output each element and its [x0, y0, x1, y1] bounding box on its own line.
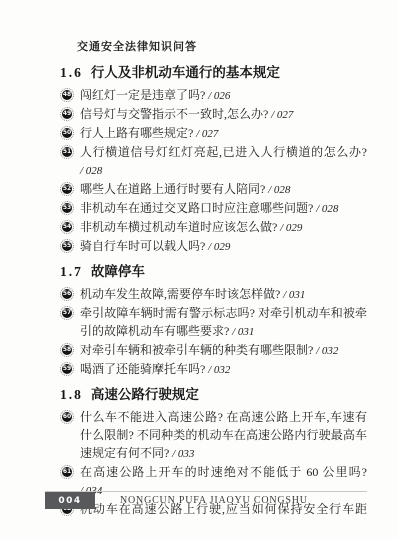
question-text: 骑自行车时可以载人吗? / 029 — [80, 237, 367, 256]
question-string: 机动车发生故障,需要停车时该怎样做? — [80, 287, 280, 301]
page-ref: / 026 — [205, 90, 230, 102]
question-number: 58 — [62, 345, 72, 355]
question-number-badge: 50 — [60, 126, 74, 140]
question-number-badge: 57 — [60, 306, 74, 320]
question-number: 53 — [62, 203, 72, 213]
question-text: 非机动车横过机动车道时应该怎么做? / 029 — [80, 218, 367, 237]
question-text: 什么车不能进入高速公路? 在高速公路上开车,车速有什么限制? 不同种类的机动车在… — [80, 408, 367, 463]
question-number-badge: 52 — [60, 182, 74, 196]
question-number-badge: 60 — [60, 410, 74, 424]
question-number: 54 — [62, 222, 72, 232]
question-string: 闯红灯一定是违章了吗? — [80, 88, 205, 102]
page-ref: / 029 — [205, 241, 230, 253]
section-title: 高速公路行驶规定 — [91, 386, 199, 404]
question-text: 行人上路有哪些规定? / 027 — [80, 124, 367, 143]
section-number: 1.6 — [60, 64, 83, 82]
toc-item: 55骑自行车时可以载人吗? / 029 — [60, 237, 367, 256]
question-string: 信号灯与交警指示不一致时,怎么办? — [80, 107, 268, 121]
question-number-badge: 55 — [60, 239, 74, 253]
question-text: 信号灯与交警指示不一致时,怎么办? / 027 — [80, 105, 367, 124]
section-heading: 1.6行人及非机动车通行的基本规定 — [60, 64, 367, 82]
question-text: 牵引故障车辆时需有警示标志吗? 对牵引机动车和被牵引的故障机动车有哪些要求? /… — [80, 304, 367, 341]
question-string: 哪些人在道路上通行时要有人陪同? — [80, 182, 265, 196]
book-page: 交通安全法律知识问答 1.6行人及非机动车通行的基本规定48闯红灯一定是违章了吗… — [0, 0, 397, 539]
question-number-badge: 58 — [60, 343, 74, 357]
page-ref: / 033 — [169, 448, 194, 460]
question-string: 对牵引车辆和被牵引车辆的种类有哪些限制? — [80, 343, 313, 357]
question-text: 喝酒了还能骑摩托车吗? / 032 — [80, 360, 367, 379]
page-ref: / 029 — [277, 222, 302, 234]
page-ref: / 032 — [313, 345, 338, 357]
toc-item: 58对牵引车辆和被牵引车辆的种类有哪些限制? / 032 — [60, 341, 367, 360]
section-title: 行人及非机动车通行的基本规定 — [91, 64, 280, 82]
question-number-badge: 49 — [60, 107, 74, 121]
page-footer: 004 NONGCUN PUFA JIAOYU CONGSHU — [45, 491, 367, 511]
question-string: 喝酒了还能骑摩托车吗? — [80, 362, 205, 376]
section-number: 1.7 — [60, 263, 83, 281]
question-number-badge: 61 — [60, 465, 74, 479]
question-number: 55 — [62, 241, 72, 251]
question-number-badge: 51 — [60, 145, 74, 159]
question-string: 牵引故障车辆时需有警示标志吗? 对牵引机动车和被牵引的故障机动车有哪些要求? — [80, 306, 367, 338]
running-header: 交通安全法律知识问答 — [77, 38, 197, 54]
question-number: 50 — [62, 128, 72, 138]
question-number-badge: 54 — [60, 220, 74, 234]
question-number: 51 — [62, 147, 72, 157]
question-text: 闯红灯一定是违章了吗? / 026 — [80, 86, 367, 105]
section-number: 1.8 — [60, 386, 83, 404]
page-ref: / 027 — [268, 109, 293, 121]
question-number-badge: 48 — [60, 88, 74, 102]
toc-content: 1.6行人及非机动车通行的基本规定48闯红灯一定是违章了吗? / 02649信号… — [60, 64, 367, 518]
question-string: 人行横道信号灯红灯亮起,已进入人行横道的怎么办? — [80, 145, 367, 159]
question-string: 行人上路有哪些规定? — [80, 126, 193, 140]
question-number: 48 — [62, 90, 72, 100]
question-number: 56 — [62, 289, 72, 299]
question-number: 57 — [62, 308, 72, 318]
section-heading: 1.8高速公路行驶规定 — [60, 386, 367, 404]
question-number: 52 — [62, 184, 72, 194]
toc-item: 49信号灯与交警指示不一致时,怎么办? / 027 — [60, 105, 367, 124]
toc-item: 57牵引故障车辆时需有警示标志吗? 对牵引机动车和被牵引的故障机动车有哪些要求?… — [60, 304, 367, 341]
toc-item: 60什么车不能进入高速公路? 在高速公路上开车,车速有什么限制? 不同种类的机动… — [60, 408, 367, 463]
question-text: 人行横道信号灯红灯亮起,已进入人行横道的怎么办? / 028 — [80, 143, 367, 180]
toc-item: 52哪些人在道路上通行时要有人陪同? / 028 — [60, 180, 367, 199]
page-ref: / 028 — [265, 184, 290, 196]
page-ref: / 028 — [80, 165, 102, 177]
question-string: 骑自行车时可以载人吗? — [80, 239, 205, 253]
question-string: 非机动车横过机动车道时应该怎么做? — [80, 220, 277, 234]
section-items: 56机动车发生故障,需要停车时该怎样做? / 03157牵引故障车辆时需有警示标… — [60, 285, 367, 379]
page-ref: / 028 — [313, 203, 338, 215]
question-number: 59 — [62, 364, 72, 374]
toc-item: 48闯红灯一定是违章了吗? / 026 — [60, 86, 367, 105]
question-string: 什么车不能进入高速公路? 在高速公路上开车,车速有什么限制? 不同种类的机动车在… — [80, 410, 367, 460]
page-number-box: 004 — [45, 492, 95, 509]
question-string: 在高速公路上开车的时速绝对不能低于 60 公里吗? — [80, 465, 367, 479]
toc-item: 50行人上路有哪些规定? / 027 — [60, 124, 367, 143]
question-text: 机动车发生故障,需要停车时该怎样做? / 031 — [80, 285, 367, 304]
page-ref: / 031 — [280, 289, 305, 301]
toc-item: 53非机动车在通过交叉路口时应注意哪些问题? / 028 — [60, 199, 367, 218]
question-number-badge: 53 — [60, 201, 74, 215]
question-text: 哪些人在道路上通行时要有人陪同? / 028 — [80, 180, 367, 199]
page-ref: / 031 — [229, 326, 254, 338]
question-text: 非机动车在通过交叉路口时应注意哪些问题? / 028 — [80, 199, 367, 218]
toc-item: 59喝酒了还能骑摩托车吗? / 032 — [60, 360, 367, 379]
question-text: 对牵引车辆和被牵引车辆的种类有哪些限制? / 032 — [80, 341, 367, 360]
question-number: 61 — [62, 467, 72, 477]
section-title: 故障停车 — [91, 263, 145, 281]
question-number: 60 — [62, 412, 72, 422]
question-number: 49 — [62, 109, 72, 119]
toc-item: 51人行横道信号灯红灯亮起,已进入人行横道的怎么办? / 028 — [60, 143, 367, 180]
page-ref: / 032 — [205, 364, 230, 376]
question-string: 非机动车在通过交叉路口时应注意哪些问题? — [80, 201, 313, 215]
toc-item: 56机动车发生故障,需要停车时该怎样做? / 031 — [60, 285, 367, 304]
question-number-badge: 59 — [60, 362, 74, 376]
section-heading: 1.7故障停车 — [60, 263, 367, 281]
series-title: NONGCUN PUFA JIAOYU CONGSHU — [120, 495, 308, 506]
page-ref: / 027 — [193, 128, 218, 140]
question-number-badge: 56 — [60, 287, 74, 301]
section-items: 48闯红灯一定是违章了吗? / 02649信号灯与交警指示不一致时,怎么办? /… — [60, 86, 367, 256]
toc-item: 54非机动车横过机动车道时应该怎么做? / 029 — [60, 218, 367, 237]
